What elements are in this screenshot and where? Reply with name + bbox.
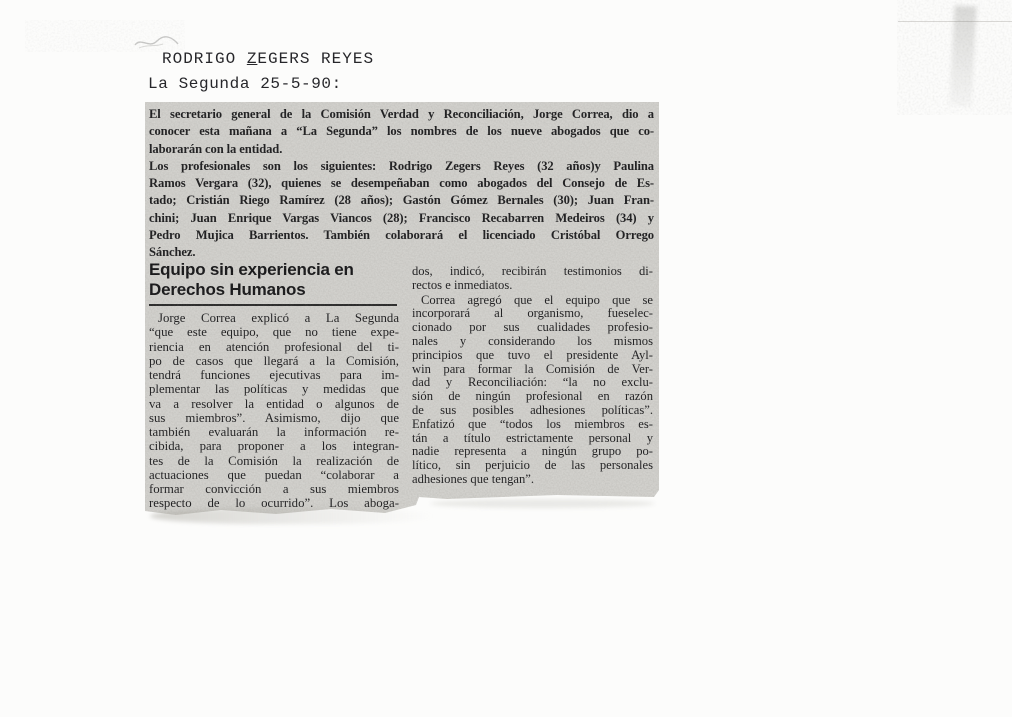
text-line: actuaciones que puedan “colaborar a <box>149 468 399 482</box>
text-line: de sus posibles adhesiones políticas”. <box>412 404 653 418</box>
scanned-document-page: RODRIGO ZEGERS REYES La Segunda 25-5-90:… <box>0 0 1012 717</box>
text-line: también evaluarán la información re- <box>149 425 399 439</box>
text-line: “que este equipo, que no tiene expe- <box>149 325 399 339</box>
text-line: rectos e inmediatos. <box>412 279 653 293</box>
typed-source-date: La Segunda 25-5-90: <box>148 75 342 93</box>
text-line: dad y Reconciliación: “la no exclu- <box>412 376 653 390</box>
text-line: conocer esta mañana a “La Segunda” los n… <box>149 123 654 140</box>
text-line: nales y considerando los mismos <box>412 335 653 349</box>
article-subheadline: Equipo sin experiencia enDerechos Humano… <box>149 260 399 300</box>
paragraph: Los profesionales son los siguientes: Ro… <box>149 158 654 262</box>
text-line: plementar las políticas y medidas que <box>149 382 399 396</box>
text-line: Los profesionales son los siguientes: Ro… <box>149 158 654 175</box>
text-line: va a resolver la entidad o algunos de <box>149 397 399 411</box>
typed-name-rest: EGERS REYES <box>257 50 374 68</box>
torn-edge-fringe-right <box>430 499 655 508</box>
text-line: dos, indicó, recibirán testimonios di- <box>412 265 653 279</box>
paragraph: El secretario general de la Comisión Ver… <box>149 106 654 158</box>
article-column-left: Equipo sin experiencia enDerechos Humano… <box>149 260 399 511</box>
pencil-specks-top-left <box>25 20 185 52</box>
torn-edge-fringe-left <box>150 508 435 524</box>
text-line: Equipo sin experiencia en <box>149 260 399 280</box>
text-line: El secretario general de la Comisión Ver… <box>149 106 654 123</box>
text-line: tado; Cristián Riego Ramírez (28 años); … <box>149 192 654 209</box>
text-line: sión de ningún profesional en razón <box>412 390 653 404</box>
text-line: adhesiones que tengan”. <box>412 473 653 487</box>
article-lead: El secretario general de la Comisión Ver… <box>149 106 654 262</box>
text-line: sus miembros”. Asimismo, dijo que <box>149 411 399 425</box>
newspaper-clipping: El secretario general de la Comisión Ver… <box>145 102 659 522</box>
text-line: principios que tuvo el presidente Ayl- <box>412 349 653 363</box>
text-line: cibida, para proponer a los integran- <box>149 439 399 453</box>
text-line: tes de la Comisión la realización de <box>149 454 399 468</box>
typed-name-underlined-letter: Z <box>247 50 258 68</box>
text-line: Pedro Mujica Barrientos. También colabor… <box>149 227 654 244</box>
pencil-streak-artifact <box>949 5 976 106</box>
text-line: win para formar la Comisión de Ver- <box>412 363 653 377</box>
text-line: Correa agregó que el equipo que se <box>412 294 653 308</box>
text-line: chini; Juan Enrique Vargas Viancos (28);… <box>149 210 654 227</box>
text-line: Enfatizó que “todos los miembros es- <box>412 418 653 432</box>
typed-name: RODRIGO ZEGERS REYES <box>162 50 374 68</box>
text-line: Derechos Humanos <box>149 280 399 300</box>
text-line: tendrá funciones ejecutivas para im- <box>149 368 399 382</box>
subheadline-rule <box>149 304 397 306</box>
paragraph: Correa agregó que el equipo que seincorp… <box>412 294 653 487</box>
text-line: po de casos que llegará a la Comisión, <box>149 354 399 368</box>
typed-name-pre: RODRIGO <box>162 50 247 68</box>
text-line: laborarán con la entidad. <box>149 141 654 158</box>
text-line: formar convicción a sus miembros <box>149 482 399 496</box>
text-line: Jorge Correa explicó a La Segunda <box>149 311 399 325</box>
text-line: tán a título estrictamente personal y <box>412 432 653 446</box>
text-line: lítico, sin perjuicio de las personales <box>412 459 653 473</box>
paragraph: dos, indicó, recibirán testimonios di-re… <box>412 265 653 293</box>
text-line: cionado por sus cualidades profesio- <box>412 321 653 335</box>
paragraph: Jorge Correa explicó a La Segunda“que es… <box>149 311 399 511</box>
text-line: nadie representa a ningún grupo po- <box>412 445 653 459</box>
text-line: riencia en atención profesional del ti- <box>149 340 399 354</box>
text-line: incorporará al organismo, fueselec- <box>412 307 653 321</box>
column-left-text: Jorge Correa explicó a La Segunda“que es… <box>149 311 399 511</box>
text-line: Ramos Vergara (32), quienes se desempeña… <box>149 175 654 192</box>
article-column-right: dos, indicó, recibirán testimonios di-re… <box>412 265 653 487</box>
